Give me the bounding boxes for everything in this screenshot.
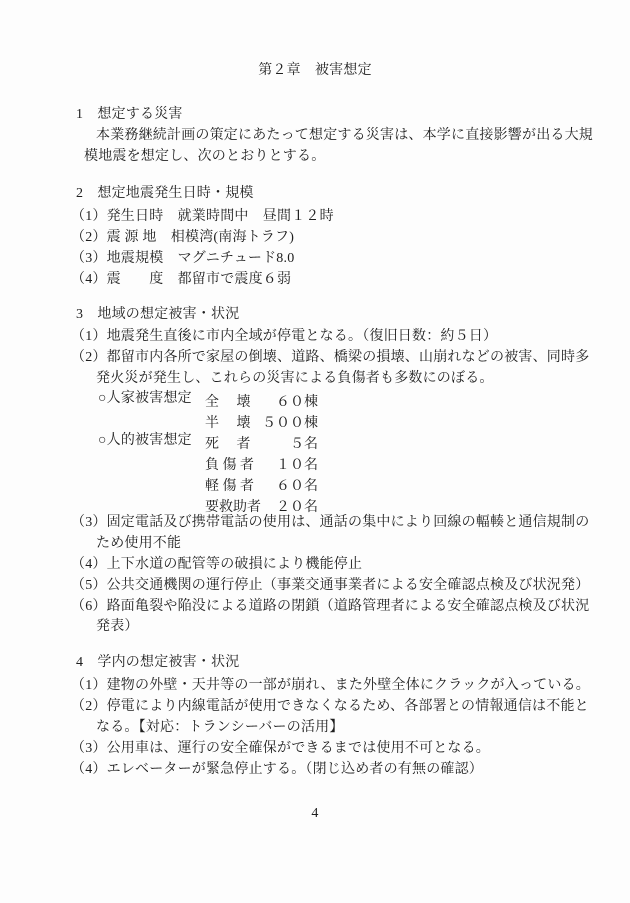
- section4-item1: （1）建物の外壁・天井等の一部が崩れ、また外壁全体にクラックが入っている。: [71, 678, 590, 694]
- section2-item2: （2）震 源 地 相模湾(南海トラフ): [71, 230, 294, 246]
- table-row: 負 傷 者 １０名: [0, 454, 630, 472]
- table-row-value: ６０棟: [220, 391, 318, 411]
- section4-item2-line1: （2）停電により内線電話が使用できなくなるため、各部署との情報通信は不能と: [71, 699, 589, 715]
- section3-item4: （4）上下水道の配管等の破損により機能停止: [71, 557, 362, 573]
- section2-heading: 2 想定地震発生日時・規模: [76, 186, 254, 202]
- document-page: 第２章 被害想定 1 想定する災害 本業務継続計画の策定にあたって想定する災害は…: [0, 0, 630, 903]
- table-row-value: ２０名: [220, 496, 318, 516]
- section4-heading: 4 学内の想定被害・状況: [76, 655, 239, 671]
- page-number: 4: [0, 806, 630, 822]
- section2-item3: （3）地震規模 マグニチュード8.0: [71, 251, 294, 267]
- table-row: 半 壊 ５００棟: [0, 412, 630, 430]
- section3-item3-line2: ため使用不能: [96, 536, 181, 552]
- section4-item2-line2: なる。【対応：トランシーバーの活用】: [96, 720, 344, 736]
- table-row-value: ６０名: [220, 475, 318, 495]
- section3-item6-line1: （6）路面亀裂や陥没による道路の閉鎖（道路管理者による安全確認点検及び状況: [71, 599, 589, 615]
- table-row-value: ５００棟: [220, 412, 318, 432]
- section3-item2-line2: 発火災が発生し、これらの災害による負傷者も多数にのぼる。: [96, 371, 494, 387]
- section3-item5: （5）公共交通機関の運行停止（事業交通事業者による安全確認点検及び状況発）: [71, 578, 589, 594]
- table-row: 要救助者 ２０名: [0, 496, 630, 514]
- section3-heading: 3 地域の想定被害・状況: [76, 307, 239, 323]
- section4-item3: （3）公用車は、運行の安全確保ができるまでは使用不可となる。: [71, 741, 490, 757]
- section3-item3-line1: （3）固定電話及び携帯電話の使用は、通話の集中により回線の輻輳と通信規制の: [71, 515, 589, 531]
- table-row-value: ５名: [220, 433, 318, 453]
- chapter-title: 第２章 被害想定: [0, 63, 630, 79]
- table-row-value: １０名: [220, 454, 318, 474]
- table-row: 死 者 ５名: [0, 433, 630, 451]
- section4-item4: （4）エレベーターが緊急停止する。（閉じ込め者の有無の確認）: [71, 762, 483, 778]
- table-row: 軽 傷 者 ６０名: [0, 475, 630, 493]
- table-row: 全 壊 ６０棟: [0, 391, 630, 409]
- section1-paragraph-line1: 本業務継続計画の策定にあたって想定する災害は、本学に直接影響が出る大規: [96, 128, 593, 144]
- section3-item1: （1）地震発生直後に市内全域が停電となる。（復旧日数：約５日）: [71, 329, 497, 345]
- section1-paragraph-line2: 模地震を想定し、次のとおりとする。: [84, 149, 325, 165]
- section3-item2-line1: （2）都留市内各所で家屋の倒壊、道路、橋梁の損壊、山崩れなどの被害、同時多: [71, 350, 589, 366]
- section2-item4: （4）震 度 都留市で震度６弱: [71, 272, 291, 288]
- section3-item6-line2: 発表）: [96, 619, 139, 635]
- section1-heading: 1 想定する災害: [76, 107, 183, 123]
- section2-item1: （1）発生日時 就業時間中 昼間１２時: [71, 209, 334, 225]
